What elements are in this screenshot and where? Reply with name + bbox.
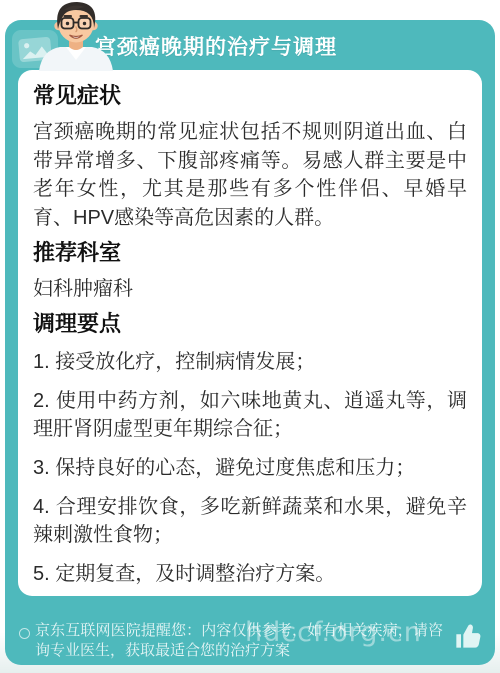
section-heading: 推荐科室 [33, 240, 467, 266]
content-panel: 常见症状 宫颈癌晚期的常见症状包括不规则阴道出血、白带异常增多、下腹部疼痛等。易… [18, 70, 482, 596]
thumbs-up-icon[interactable] [454, 622, 482, 650]
list-item: 4. 合理安排饮食，多吃新鲜蔬菜和水果，避免辛辣刺激性食物； [33, 493, 467, 549]
list-item: 2. 使用中药方剂，如六味地黄丸、逍遥丸等，调理肝肾阴虚型更年期综合征； [33, 387, 467, 443]
section-department: 推荐科室 妇科肿瘤科 [33, 240, 467, 304]
section-body: 宫颈癌晚期的常见症状包括不规则阴道出血、白带异常增多、下腹部疼痛等。易感人群主要… [33, 118, 467, 232]
doctor-avatar [33, 0, 119, 71]
list-item: 1. 接受放化疗，控制病情发展； [33, 348, 467, 376]
section-heading: 常见症状 [33, 83, 467, 109]
list-item: 5. 定期复查，及时调整治疗方案。 [33, 560, 467, 588]
list-item: 3. 保持良好的心态，避免过度焦虑和压力； [33, 454, 467, 482]
department-name: 妇科肿瘤科 [33, 275, 467, 304]
page-title: 宫颈癌晚期的治疗与调理 [95, 31, 337, 61]
section-heading: 调理要点 [33, 311, 467, 337]
section-advice: 调理要点 1. 接受放化疗，控制病情发展； 2. 使用中药方剂，如六味地黄丸、逍… [33, 311, 467, 588]
advice-list: 1. 接受放化疗，控制病情发展； 2. 使用中药方剂，如六味地黄丸、逍遥丸等，调… [33, 348, 467, 588]
watermark: hdccf.org.cn [245, 617, 422, 648]
info-circle-icon [19, 628, 30, 639]
section-symptoms: 常见症状 宫颈癌晚期的常见症状包括不规则阴道出血、白带异常增多、下腹部疼痛等。易… [33, 83, 467, 232]
health-card: 宫颈癌晚期的治疗与调理 常见症状 宫颈癌晚期的常见症状包括不规则阴道出血、白带异… [5, 20, 495, 665]
